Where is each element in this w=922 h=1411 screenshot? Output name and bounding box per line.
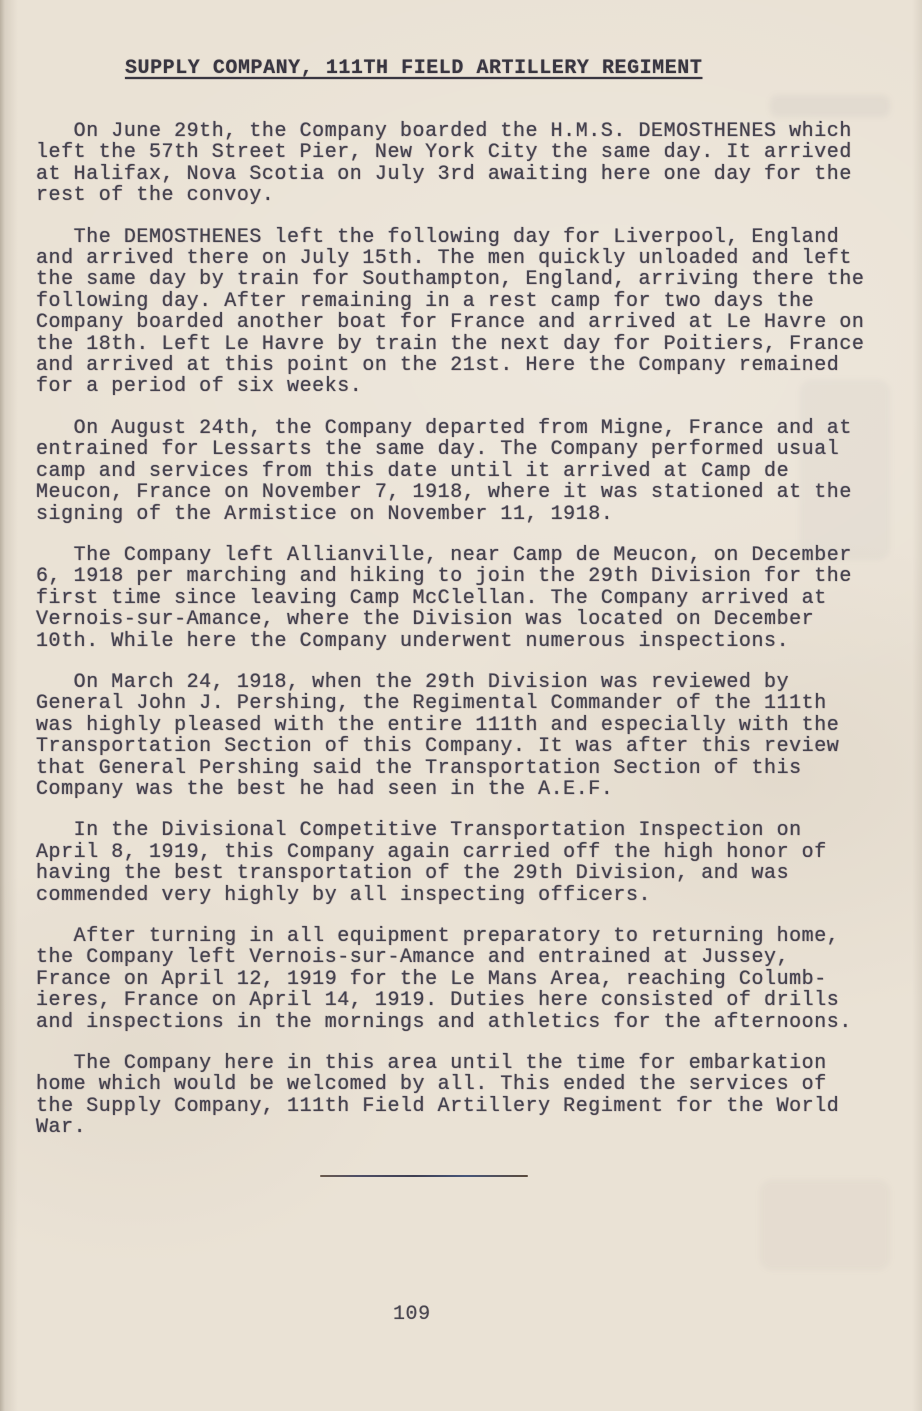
paragraph-6: In the Divisional Competitive Transporta… <box>36 820 892 906</box>
page-number: 109 <box>393 1303 922 1326</box>
bleed-through-smudge <box>770 95 890 117</box>
paragraph-1: On June 29th, the Company boarded the H.… <box>36 121 892 207</box>
document-body: On June 29th, the Company boarded the H.… <box>36 121 892 1139</box>
page-title: SUPPLY COMPANY, 111TH FIELD ARTILLERY RE… <box>125 57 922 81</box>
section-divider-line <box>320 1175 528 1177</box>
paragraph-5: On March 24, 1918, when the 29th Divisio… <box>36 672 892 800</box>
paragraph-2: The DEMOSTHENES left the following day f… <box>36 227 892 398</box>
scanned-document-page: { "document": { "title": "SUPPLY COMPANY… <box>0 0 922 1411</box>
paragraph-3: On August 24th, the Company departed fro… <box>36 418 892 525</box>
paragraph-8: The Company here in this area until the … <box>36 1053 892 1139</box>
paragraph-7: After turning in all equipment preparato… <box>36 926 892 1033</box>
bleed-through-smudge <box>760 1180 890 1270</box>
paragraph-4: The Company left Allianville, near Camp … <box>36 545 892 652</box>
